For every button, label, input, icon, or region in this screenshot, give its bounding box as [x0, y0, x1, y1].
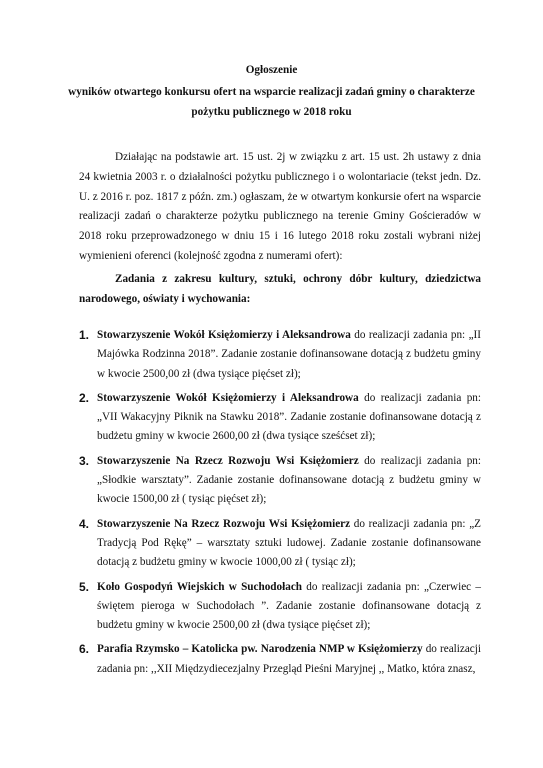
document-subtitle-line2: pożytku publicznego w 2018 roku: [40, 102, 503, 122]
list-item: 3.Stowarzyszenie Na Rzecz Rozwoju Wsi Ks…: [79, 452, 481, 510]
item-number: 2.: [79, 389, 89, 408]
organization-name: Parafia Rzymsko – Katolicka pw. Narodzen…: [97, 643, 423, 655]
intro-paragraph: Działając na podstawie art. 15 ust. 2j w…: [79, 148, 481, 267]
document-subtitle-line1: wyników otwartego konkursu ofert na wspa…: [40, 82, 503, 102]
list-item: 6.Parafia Rzymsko – Katolicka pw. Narodz…: [79, 640, 481, 679]
organization-name: Stowarzyszenie Na Rzecz Rozwoju Wsi Księ…: [97, 455, 359, 467]
item-number: 6.: [79, 640, 89, 659]
item-number: 3.: [79, 452, 89, 471]
organization-name: Koło Gospodyń Wiejskich w Suchodołach: [97, 581, 302, 593]
section-heading: Zadania z zakresu kultury, sztuki, ochro…: [79, 270, 481, 309]
item-number: 1.: [79, 326, 89, 345]
title-block: Ogłoszenie wyników otwartego konkursu of…: [40, 60, 503, 122]
document-page: Ogłoszenie wyników otwartego konkursu of…: [0, 0, 543, 768]
list-item: 5.Koło Gospodyń Wiejskich w Suchodołach …: [79, 578, 481, 636]
offers-list: 1.Stowarzyszenie Wokół Księżomierzy i Al…: [79, 326, 481, 684]
list-item: 4.Stowarzyszenie Na Rzecz Rozwoju Wsi Ks…: [79, 515, 481, 573]
list-item: 1.Stowarzyszenie Wokół Księżomierzy i Al…: [79, 326, 481, 384]
organization-name: Stowarzyszenie Wokół Księżomierzy i Alek…: [97, 392, 359, 404]
document-title: Ogłoszenie: [40, 60, 503, 80]
item-number: 5.: [79, 578, 89, 597]
item-number: 4.: [79, 515, 89, 534]
organization-name: Stowarzyszenie Wokół Księżomierzy i Alek…: [97, 329, 351, 341]
list-item: 2.Stowarzyszenie Wokół Księżomierzy i Al…: [79, 389, 481, 447]
organization-name: Stowarzyszenie Na Rzecz Rozwoju Wsi Księ…: [97, 518, 350, 530]
